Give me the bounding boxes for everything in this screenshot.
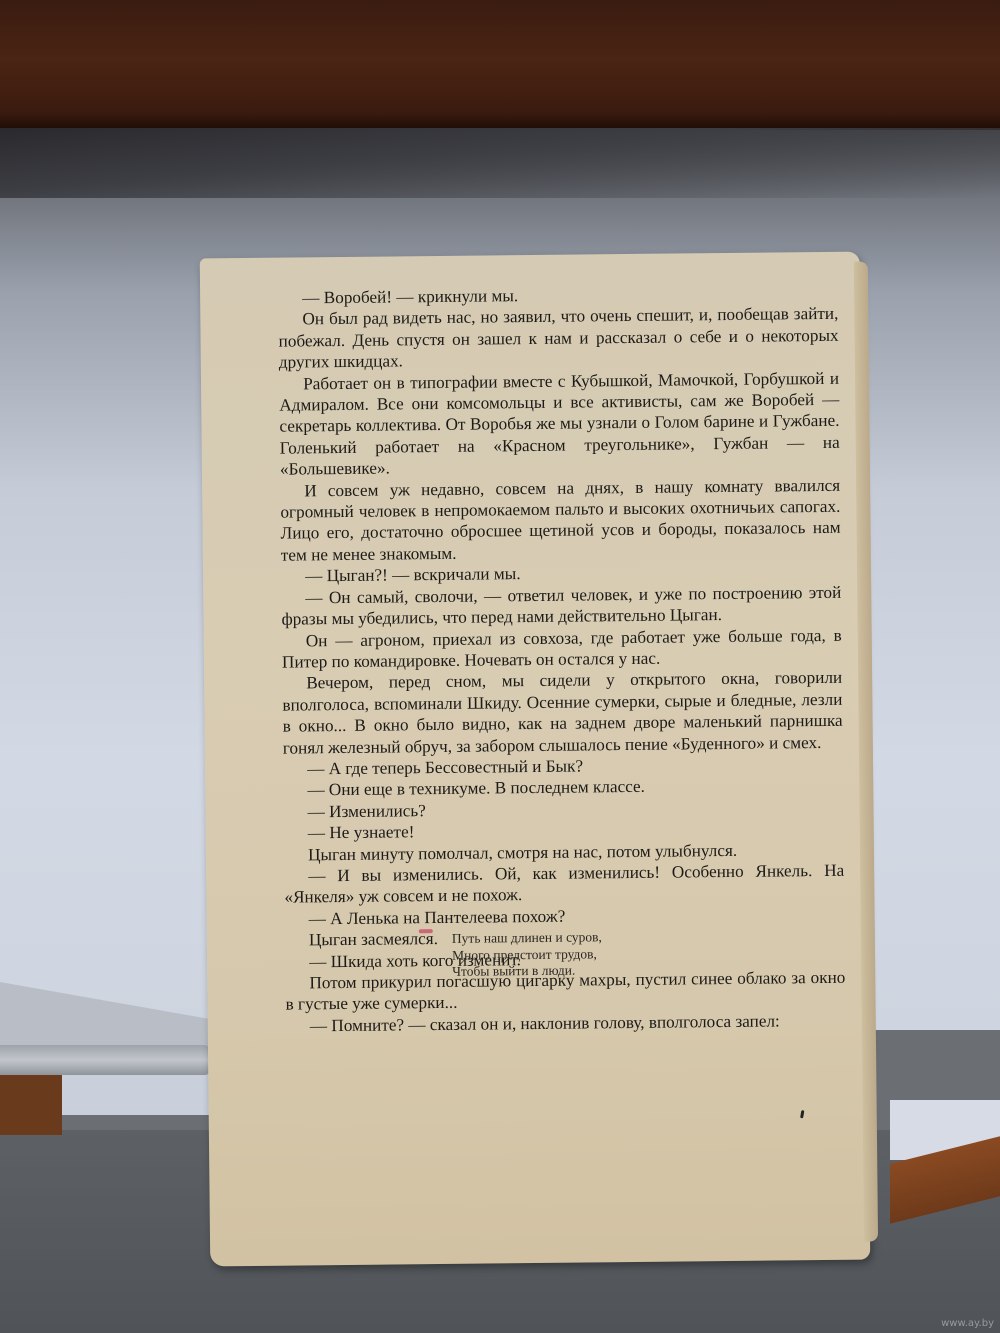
paragraph: И совсем уж недавно, совсем на днях, в н…: [280, 474, 841, 565]
paper-fold: [0, 1045, 210, 1075]
watermark: www.ay.by: [941, 1318, 994, 1329]
wooden-shelf: [0, 0, 1000, 132]
red-ink-mark: [419, 929, 433, 933]
page-text: — Воробей! — крикнули мы.Он был рад виде…: [278, 282, 846, 1037]
wood-surface-left: [0, 1075, 62, 1135]
paragraph: Он был рад видеть нас, но заявил, что оч…: [278, 303, 839, 373]
book-back-page: — Воробей! — крикнули мы.Он был рад виде…: [200, 252, 871, 1267]
paragraph: Работает он в типографии вместе с Кубышк…: [279, 367, 840, 480]
verse-line: Много предстоит трудов,: [452, 946, 602, 964]
verse-line: Путь наш длинен и суров,: [452, 929, 602, 947]
ink-speck: [800, 1110, 804, 1118]
paragraph: — И вы изменились. Ой, как изменились! О…: [284, 860, 844, 909]
shelf-shadow: [0, 128, 1000, 198]
paragraph: Вечером, перед сном, мы сидели у открыто…: [282, 667, 843, 758]
verse-line: Чтобы выйти в люди.: [452, 962, 602, 980]
paper-strip: [62, 1075, 210, 1115]
verse-block: Путь наш длинен и суров, Много предстоит…: [452, 929, 602, 980]
paragraph: — Он самый, сволочи, — ответил человек, …: [281, 581, 841, 630]
paragraph: Он — агроном, приехал из совхоза, где ра…: [282, 624, 842, 673]
